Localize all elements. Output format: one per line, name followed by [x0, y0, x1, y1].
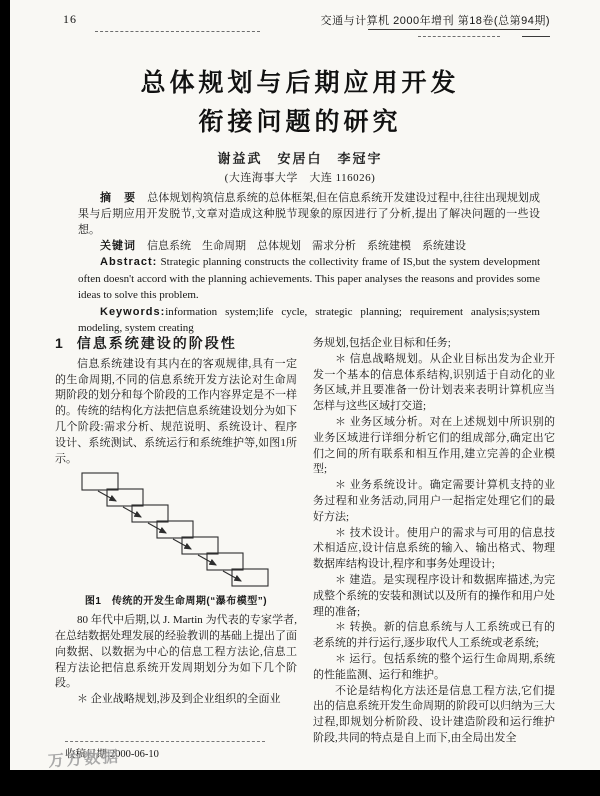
header-rule-right	[368, 29, 540, 30]
journal-header: 交通与计算机 2000年增刊 第18卷(总第94期)	[321, 12, 550, 28]
abstract-block: 摘 要 总体规划构筑信息系统的总体框架,但在信息系统开发建设过程中,往往出现规划…	[78, 190, 540, 337]
waterfall-box-3	[132, 505, 168, 522]
authors: 谢益武 安居白 李冠宇	[10, 148, 590, 167]
abstract-text: 总体规划构筑信息系统的总体框架,但在信息系统开发建设过程中,往往出现规划成果与后…	[78, 192, 540, 236]
section1-paragraph2: 80 年代中后期,以 J. Martin 为代表的专家学者,在总结数据处理发展的…	[55, 613, 297, 692]
bullet-item: ＊ 运行。包括系统的整个运行生命周期,系统的性能监测、运行和维护。	[313, 652, 555, 684]
waterfall-box-2	[107, 489, 143, 506]
waterfall-box-4	[157, 521, 193, 538]
bullet-item: ＊ 建造。是实现程序设计和数据库描述,为完成整个系统的安装和测试以及所有的操作和…	[313, 573, 555, 620]
keywords-text: 信息系统 生命周期 总体规划 需求分析 系统建模 系统建设	[147, 240, 466, 252]
left-column: 1信息系统建设的阶段性 信息系统建设有其内在的客观规律,具有一定的生命周期,不同…	[55, 336, 297, 770]
figure1: 图1 传统的开发生命周期(“瀑布模型”)	[55, 471, 297, 610]
english-abstract-label: Abstract:	[100, 256, 157, 268]
waterfall-box-6	[207, 553, 243, 570]
header-rule-left	[95, 31, 260, 32]
continuation-paragraph: 务规划,包括企业目标和任务;	[313, 336, 555, 352]
english-keywords-label: Keywords:	[100, 306, 165, 318]
body-columns: 1信息系统建设的阶段性 信息系统建设有其内在的客观规律,具有一定的生命周期,不同…	[55, 336, 555, 770]
right-column: 务规划,包括企业目标和任务; ＊ 信息战略规划。从企业目标出发为企业开发一个基本…	[313, 336, 555, 770]
header-rule-sub1	[418, 36, 500, 37]
section1-heading: 1信息系统建设的阶段性	[55, 336, 297, 352]
waterfall-box-7	[232, 569, 268, 586]
english-abstract: Abstract: Strategic planning constructs …	[78, 254, 540, 304]
section1-number: 1	[55, 336, 63, 351]
page-number: 16	[63, 12, 77, 27]
bullet-item: ＊ 技术设计。使用户的需求与可用的信息技术相适应,设计信息系统的输入、输出格式、…	[313, 526, 555, 573]
section1-bullet-partial: ＊ 企业战略规划,涉及到企业组织的全面业	[55, 692, 297, 708]
abstract-label: 摘 要	[100, 192, 136, 204]
keywords-label: 关键词	[100, 240, 136, 252]
english-keywords: Keywords:information system;life cycle, …	[78, 304, 540, 337]
paper-title-line1: 总体规划与后期应用开发	[10, 64, 590, 103]
paper-title-line2: 衔接问题的研究	[10, 103, 590, 142]
bullet-item: ＊ 信息战略规划。从企业目标出发为企业开发一个基本的信息体系结构,识别适于自动化…	[313, 352, 555, 415]
bullet-item: ＊ 业务区域分析。对在上述规划中所识别的业务区域进行详细分析它们的组成部分,确定…	[313, 415, 555, 478]
abstract-paragraph: 摘 要 总体规划构筑信息系统的总体框架,但在信息系统开发建设过程中,往往出现规划…	[78, 190, 540, 238]
header-rule-sub2	[522, 36, 550, 37]
keywords-line: 关键词 信息系统 生命周期 总体规划 需求分析 系统建模 系统建设	[78, 238, 540, 254]
waterfall-box-1	[82, 473, 118, 490]
section1-paragraph1: 信息系统建设有其内在的客观规律,具有一定的生命周期,不同的信息系统开发方法论对生…	[55, 357, 297, 468]
affiliation: (大连海事大学 大连 116026)	[10, 169, 590, 185]
paper-sheet: 16 交通与计算机 2000年增刊 第18卷(总第94期) 总体规划与后期应用开…	[10, 0, 600, 770]
scanned-page: 16 交通与计算机 2000年增刊 第18卷(总第94期) 总体规划与后期应用开…	[0, 0, 600, 796]
section1-heading-text: 信息系统建设的阶段性	[77, 336, 237, 351]
closing-paragraph: 不论是结构化方法还是信息工程方法,它们提出的信息系统开发生命周期的阶段可以归纳为…	[313, 684, 555, 747]
waterfall-box-5	[182, 537, 218, 554]
waterfall-diagram	[74, 471, 279, 593]
bullet-item: ＊ 转换。新的信息系统与人工系统或已有的老系统的并行运行,逐步取代人工系统或老系…	[313, 620, 555, 652]
paper-title: 总体规划与后期应用开发 衔接问题的研究	[10, 64, 590, 142]
bullet-item: ＊ 业务系统设计。确定需要计算机支持的业务过程和业务活动,同用户一起指定处理它们…	[313, 478, 555, 525]
figure1-caption: 图1 传统的开发生命周期(“瀑布模型”)	[55, 594, 297, 610]
